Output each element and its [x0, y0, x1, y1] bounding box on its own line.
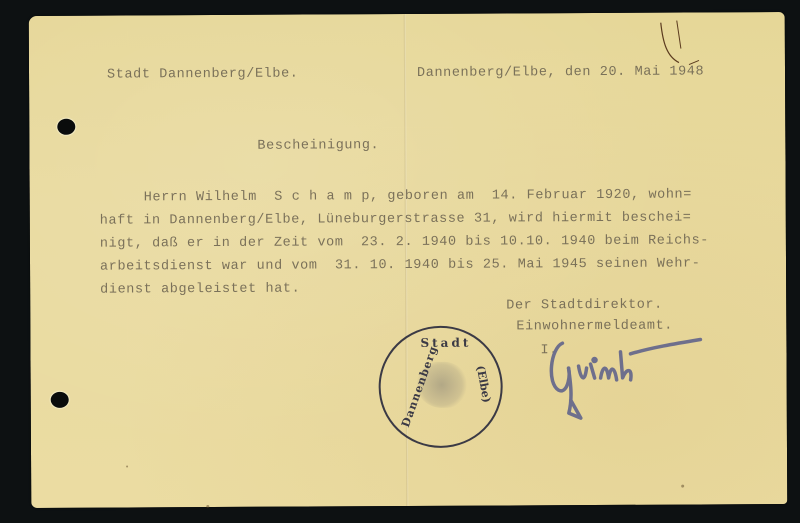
official-stamp: Stadt Dannenberg (Elbe) [378, 326, 503, 449]
body-line: dienst abgeleistet hat. [100, 277, 300, 303]
handwritten-signature [540, 327, 710, 423]
document-title: Bescheinigung. [257, 138, 379, 154]
certificate-paper: Stadt Dannenberg/Elbe. Dannenberg/Elbe, … [29, 12, 788, 508]
paper-speck [206, 505, 209, 508]
punch-hole-top [57, 119, 75, 135]
paper-speck [126, 465, 128, 467]
issuer-heading: Stadt Dannenberg/Elbe. [107, 67, 299, 83]
body-line: arbeitsdienst war und vom 31. 10. 1940 b… [100, 251, 701, 279]
signatory-title: Der Stadtdirektor. [506, 298, 663, 314]
paper-speck [681, 485, 684, 488]
punch-hole-bottom [51, 392, 69, 408]
pencil-mark [659, 12, 719, 72]
